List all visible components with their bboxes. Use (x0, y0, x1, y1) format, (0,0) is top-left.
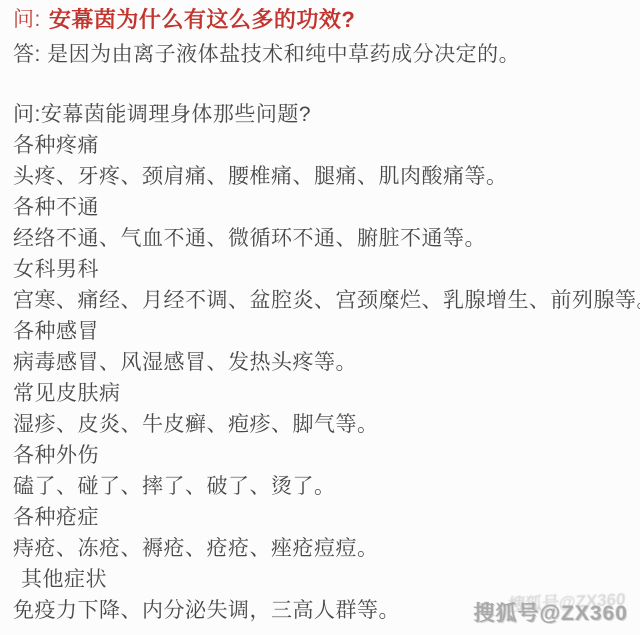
question-1-title: 安幕茵为什么有这么多的功效? (49, 3, 355, 34)
article-page: 问: 安幕茵为什么有这么多的功效? 答: 是因为由离子液体盐技术和纯中草药成分决… (0, 0, 640, 635)
section-heading: 常见皮肤病 (13, 376, 630, 407)
section-heading: 各种疼痛 (13, 128, 630, 159)
section-items: 痔疮、冻疮、褥疮、疮疮、痤疮痘痘。 (13, 531, 630, 562)
section-heading: 女科男科 (13, 252, 630, 283)
section-heading: 各种感冒 (13, 314, 630, 345)
question-1-prefix: 问: (13, 3, 41, 33)
section-heading: 各种疮症 (13, 500, 630, 531)
section-items: 宫寒、痛经、月经不调、盆腔炎、宫颈糜烂、乳腺增生、前列腺等。 (13, 283, 630, 314)
section-items: 头疼、牙疼、颈肩痛、腰椎痛、腿痛、肌肉酸痛等。 (13, 159, 630, 190)
section-items: 湿疹、皮炎、牛皮癣、疱疹、脚气等。 (13, 407, 630, 438)
paragraph-gap (13, 71, 630, 97)
answer-1-line: 答: 是因为由离子液体盐技术和纯中草药成分决定的。 (13, 35, 630, 71)
section-heading: 各种外伤 (13, 438, 630, 469)
article-text-column: 问: 安幕茵为什么有这么多的功效? 答: 是因为由离子液体盐技术和纯中草药成分决… (0, 0, 640, 624)
section-heading: 其他症状 (13, 562, 630, 593)
question-2-line: 问:安幕茵能调理身体那些问题? (13, 97, 630, 128)
section-items: 病毒感冒、风湿感冒、发热头疼等。 (13, 345, 630, 376)
question-1-line: 问: 安幕茵为什么有这么多的功效? (13, 1, 630, 35)
section-heading: 各种不通 (13, 190, 630, 221)
section-items: 经络不通、气血不通、微循环不通、腑脏不通等。 (13, 221, 630, 252)
section-items: 磕了、碰了、摔了、破了、烫了。 (13, 469, 630, 500)
